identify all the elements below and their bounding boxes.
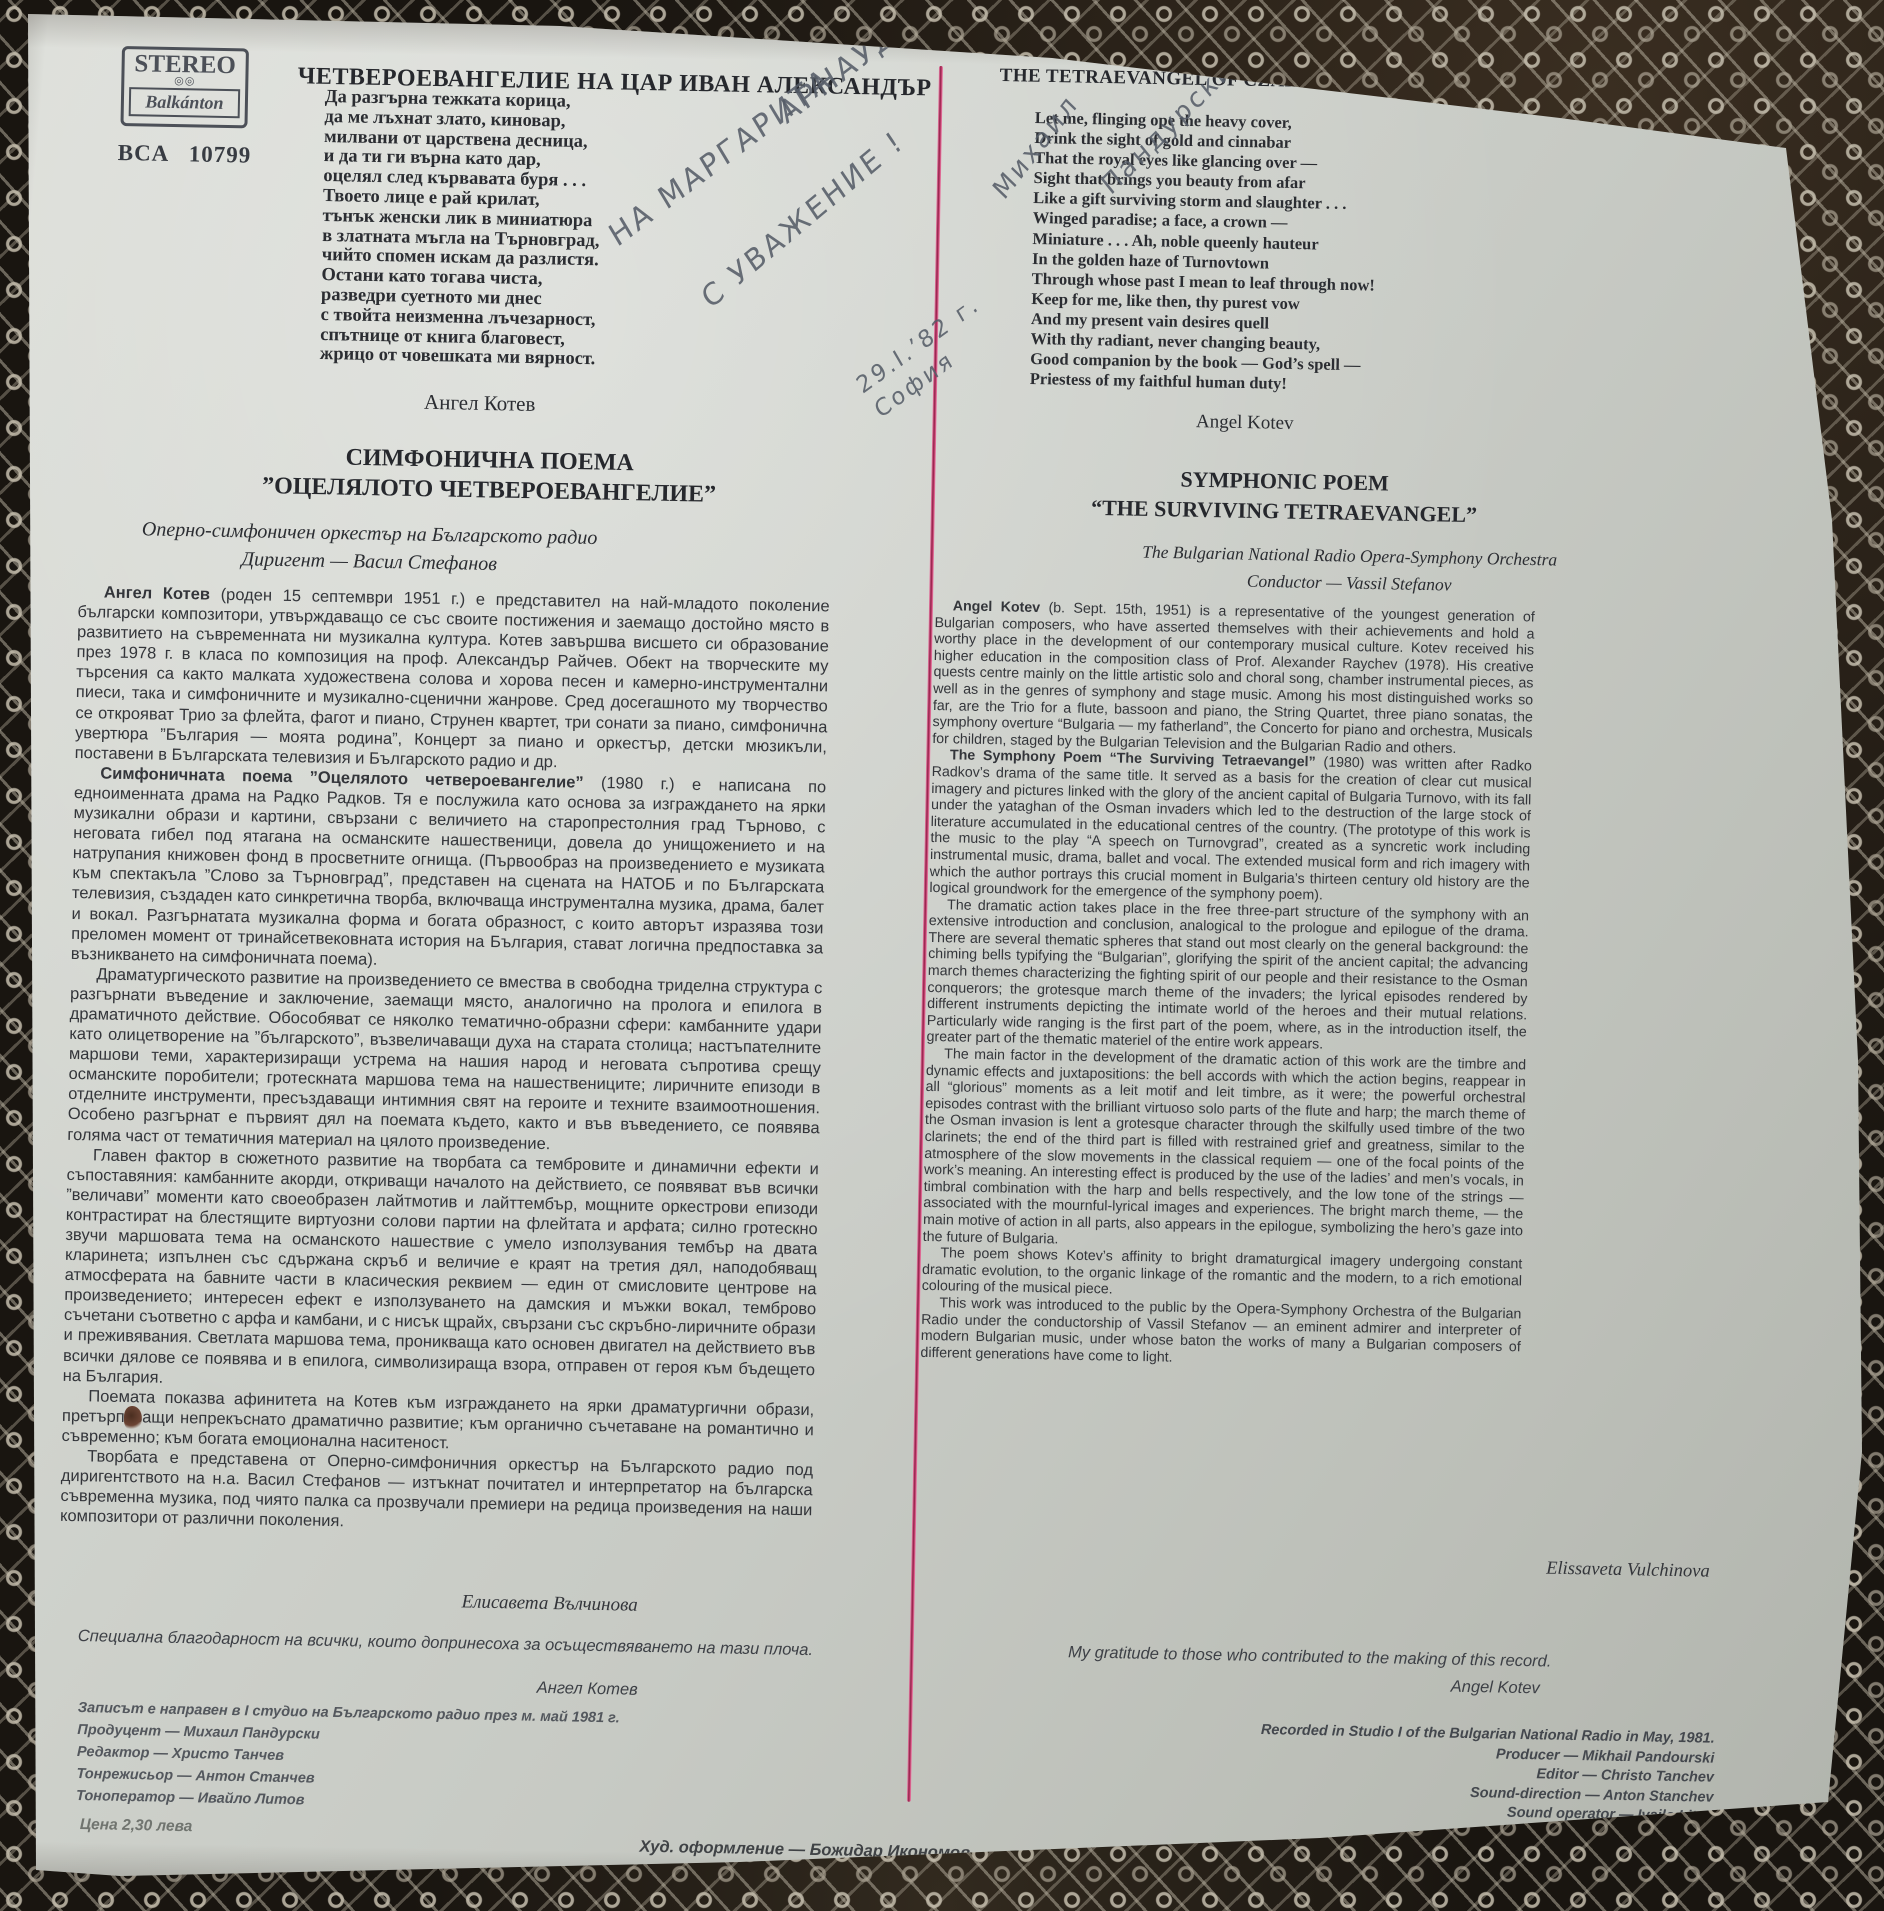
essay-paragraph: The Symphony Poem “The Surviving Tetraev… [929, 747, 1532, 908]
essay-paragraph: Главен фактор в сюжетното развитие на тв… [63, 1145, 819, 1401]
bulgarian-work-heading: СИМФОНИЧНА ПОЕМА ”ОЦЕЛЯЛОТО ЧЕТВЕРОЕВАНГ… [104, 438, 875, 513]
english-poet-name: Angel Kotev [1085, 409, 1405, 437]
bulgarian-poem: Да разгърна тежката корица,да ме лъхнат … [320, 88, 603, 370]
paragraph-text: Творбата е представена от Оперно-симфони… [60, 1447, 813, 1530]
paragraph-text: The dramatic action takes place in the f… [926, 897, 1529, 1053]
ink-stain [124, 1406, 142, 1430]
poem-line: жрицо от човешката ми вярност. [320, 345, 598, 370]
price-label: Цена 2,30 лева [80, 1816, 193, 1836]
bulgarian-production-credits: Записът е направен в I студио на Българс… [76, 1697, 620, 1817]
paragraph-text: (1980 г.) е написана по едноименната дра… [71, 774, 827, 969]
bulgarian-thanks-signature: Ангел Котев [78, 1670, 638, 1700]
english-poem: Let me, flinging ope the heavy cover,Dri… [1030, 108, 1379, 396]
album-back-cover: STEREO ◎◎ Balkánton BCA 10799 ЧЕТВЕРОЕВА… [0, 0, 1884, 1911]
bulgarian-thanks-note: Специална благодарност на всички, които … [78, 1626, 848, 1662]
paragraph-text: (роден 15 септември 1951 г.) е представи… [75, 586, 830, 771]
paragraph-text: (1980) was written after Radko Radkov’s … [929, 755, 1532, 904]
essay-paragraph: Творбата е представена от Оперно-симфони… [60, 1446, 813, 1541]
bulgarian-poet-name: Ангел Котев [330, 388, 630, 419]
english-orchestra-credit: The Bulgarian National Radio Opera-Symph… [1059, 537, 1640, 602]
english-essay: Angel Kotev (b. Sept. 15th, 1951) is a r… [920, 598, 1535, 1373]
essay-paragraph: Angel Kotev (b. Sept. 15th, 1951) is a r… [932, 598, 1535, 759]
essay-paragraph: Ангел Котев (роден 15 септември 1951 г.)… [75, 582, 830, 777]
english-gratitude-note: My gratitude to those who contributed to… [950, 1641, 1670, 1674]
bulgarian-essay: Ангел Котев (роден 15 септември 1951 г.)… [60, 582, 830, 1541]
english-production-credits: Recorded in Studio I of the Bulgarian Na… [998, 1716, 1715, 1827]
paragraph-text: This work was introduced to the public b… [920, 1295, 1521, 1365]
paragraph-lead: Ангел Котев [104, 583, 211, 603]
catalog-number: BCA 10799 [118, 140, 252, 169]
essay-paragraph: The main factor in the development of th… [923, 1046, 1527, 1257]
bulgarian-essay-author: Елисавета Вълчинова [78, 1584, 638, 1617]
essay-paragraph: Симфоничната поема ”Оцелялото четвероева… [71, 763, 827, 978]
balkanton-wordmark-box: Balkánton [129, 87, 241, 118]
paragraph-text: Главен фактор в сюжетното развитие на тв… [63, 1146, 819, 1386]
essay-paragraph: The dramatic action takes place in the f… [926, 897, 1529, 1058]
paragraph-text: (b. Sept. 15th, 1951) is a representativ… [932, 600, 1535, 757]
english-gratitude-signature: Angel Kotev [950, 1668, 1670, 1701]
essay-paragraph: Драматургическото развитие на произведен… [67, 964, 822, 1159]
english-essay-author: Elissaveta Vulchinova [1100, 1550, 1710, 1583]
paragraph-text: Драматургическото развитие на произведен… [67, 965, 822, 1152]
paragraph-text: The main factor in the development of th… [923, 1046, 1527, 1247]
balkanton-wordmark: Balkánton [145, 91, 223, 112]
english-work-heading: SYMPHONIC POEM “THE SURVIVING TETRAEVANG… [999, 461, 1570, 532]
essay-paragraph: This work was introduced to the public b… [920, 1295, 1521, 1373]
bulgarian-orchestra-credit: Оперно-симфоничен оркестър на Българскот… [74, 514, 665, 581]
paragraph-lead: Angel Kotev [953, 598, 1041, 616]
